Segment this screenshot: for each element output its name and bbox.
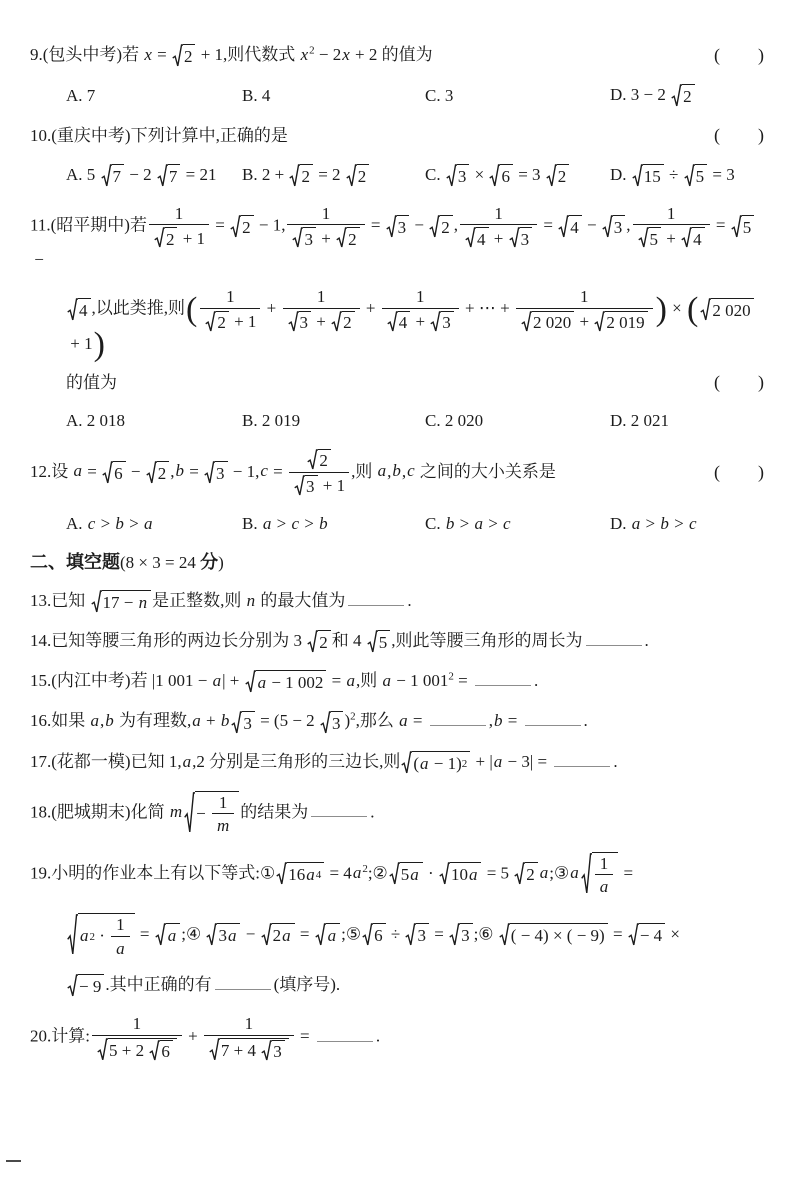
text-run: . [584, 711, 588, 730]
numerator: 1 [112, 915, 129, 936]
text-run: ;② [368, 863, 388, 882]
radical-sign-icon [261, 1040, 272, 1062]
text-run: 16.如果 [30, 711, 90, 730]
denominator: 3 + 1 [289, 472, 349, 497]
text-run: 之间的大小关系是 [416, 461, 556, 480]
sqrt-radical: 3a [206, 923, 240, 947]
radicand: 3 [520, 227, 533, 249]
radical-sign-icon [205, 311, 216, 333]
radical-sign-icon [320, 711, 331, 735]
text-run: A. [66, 514, 87, 533]
radicand: 2 [347, 227, 360, 249]
sqrt-radical: 2 [172, 44, 196, 68]
text-run: − [30, 250, 44, 269]
question-19-line3: − 9.其中正确的有(填序号). [30, 974, 764, 998]
sqrt-radical: 3 [405, 923, 429, 947]
radicand: (a − 1)2 [412, 751, 470, 775]
text-run: a [419, 753, 430, 775]
text-run: = [539, 215, 557, 234]
sqrt-radical: 4 [681, 227, 705, 249]
denominator: 2 + 1 [149, 224, 209, 249]
sqrt-radical: 2 [230, 215, 254, 239]
radical-sign-icon [315, 923, 326, 947]
text-run: B. 2 + [242, 165, 288, 184]
text-run: − 2 [315, 45, 342, 64]
text-run: 2 [217, 313, 226, 333]
radical-sign-icon [91, 590, 102, 614]
sqrt-radical: 7 [157, 164, 181, 188]
radical-sign-icon [581, 852, 592, 897]
text-run: > [670, 514, 688, 533]
radical-sign-icon [184, 791, 195, 836]
text-run: 10.(重庆中考)下列计算中,正确的是 [30, 126, 288, 145]
sqrt-radical: 6 [149, 1040, 173, 1062]
text-run: c [87, 514, 97, 533]
text-run: > [125, 514, 143, 533]
text-run: 3 [304, 230, 313, 250]
text-run: 4 [399, 313, 408, 333]
sqrt-radical: 10a [439, 862, 482, 886]
answer-blank [348, 592, 404, 606]
section-header-fill-in: 二、填空题(8 × 3 = 24 分) [30, 551, 764, 574]
section-header-fill-in-text: 二、填空题(8 × 3 = 24 分) [30, 553, 224, 572]
radicand: 2 [557, 164, 570, 188]
question-14-text: 14.已知等腰三角形的两边长分别为 3 2和 4 5,则此等腰三角形的周长为. [30, 630, 764, 654]
text-run: − 4 [640, 925, 662, 947]
sqrt-radical: 4 [558, 215, 582, 239]
question-11-stem-line2-text: 4,以此类推,则(12 + 1 + 13 + 2 + 14 + 3 + ⋯ + … [66, 287, 764, 355]
question-11-options-option-c: C. 2 020 [425, 410, 610, 432]
text-run: 6 [501, 166, 510, 188]
radicand: 2 [357, 164, 370, 188]
radical-sign-icon [429, 215, 440, 239]
radicand: 5a [400, 862, 423, 886]
text-run: 2 [242, 217, 251, 239]
text-run: ;⑥ [474, 924, 498, 943]
text-run: − 2 [125, 165, 156, 184]
sqrt-radical: 2 [205, 311, 229, 333]
radicand: ( − 4) × ( − 9) [510, 923, 608, 947]
text-run: = 5 [482, 863, 513, 882]
sqrt-radical: 2 [289, 164, 313, 188]
page-footer-dash [6, 1160, 21, 1163]
answer-parentheses: () [714, 461, 764, 484]
radicand: − 4 [639, 923, 665, 947]
text-run: , [454, 215, 458, 234]
fraction: 12 + 1 [200, 287, 260, 333]
radical-sign-icon [449, 923, 460, 947]
text-run: 2 [558, 166, 567, 188]
radicand: 2 [682, 84, 695, 108]
sqrt-radical: 3 [430, 311, 454, 333]
sqrt-radical: 6 [102, 461, 126, 485]
text-run: 6 [161, 1042, 170, 1062]
radicand: 7 [168, 164, 181, 188]
text-run: 的结果为 [240, 802, 308, 821]
text-run: 1 [580, 287, 589, 307]
radicand: 1a [592, 852, 619, 897]
radical-sign-icon [499, 923, 510, 947]
text-run: 3 [243, 713, 252, 735]
numerator: 1 [129, 1014, 146, 1035]
radicand: 3 [416, 923, 429, 947]
question-19-line2-text: a2 · 1a = a;④ 3a − 2a = a;⑤6 ÷ 3 = 3;⑥ (… [66, 913, 764, 958]
sqrt-radical: 2 [336, 227, 360, 249]
radical-sign-icon [289, 164, 300, 188]
radicand: 5 [378, 630, 391, 654]
question-11-stem-line1-text: 11.(昭平期中)若12 + 1 = 2 − 1,13 + 2 = 3 − 2,… [30, 204, 764, 272]
fraction: 12 020 + 2 019 [516, 287, 653, 333]
sqrt-radical: 3 [261, 1040, 285, 1062]
text-run: m [169, 802, 183, 821]
fraction: 15 + 4 [633, 204, 710, 250]
radical-sign-icon [67, 298, 78, 322]
radical-sign-icon [146, 461, 157, 485]
radicand: 3 [460, 923, 473, 947]
text-run: 4 [693, 230, 702, 250]
radicand: 5 [649, 227, 662, 249]
denominator: a [595, 874, 614, 897]
text-run: ,则 [351, 461, 377, 480]
numerator: 1 [663, 204, 680, 225]
denominator: 4 + 3 [382, 308, 459, 333]
numerator: 1 [318, 204, 335, 225]
text-run: a [212, 671, 223, 690]
sqrt-radical: 3 [288, 311, 312, 333]
radicand: 17 − n [102, 590, 152, 614]
sqrt-radical: 15 [632, 164, 664, 188]
text-run: 2 [441, 217, 450, 239]
fraction: 1a [111, 915, 130, 958]
text-run: = [296, 1027, 314, 1046]
radical-sign-icon [681, 227, 692, 249]
sqrt-radical: 2 020 [521, 311, 574, 333]
radical-sign-icon [346, 164, 357, 188]
text-run: C. [425, 165, 445, 184]
paren-open: ( [714, 44, 720, 67]
text-run: a [352, 863, 363, 882]
text-run: = (5 − 2 [256, 711, 319, 730]
radical-sign-icon [231, 711, 242, 735]
text-run: + [202, 711, 220, 730]
text-run: 3 [458, 166, 467, 188]
text-run: 1 [245, 1014, 254, 1034]
text-run: x [341, 45, 351, 64]
fraction: 15 + 2 6 [92, 1014, 182, 1062]
radicand: 5 [742, 215, 755, 239]
sqrt-radical: 5 + 2 6 [97, 1038, 177, 1062]
denominator: a [111, 936, 130, 959]
fraction: 17 + 4 3 [204, 1014, 294, 1062]
numerator: 1 [215, 793, 232, 814]
radical-sign-icon [386, 215, 397, 239]
text-run: = [296, 924, 314, 943]
text-run: 3 [461, 925, 470, 947]
text-run: . [613, 752, 617, 771]
question-11-options-option-b: B. 2 019 [242, 410, 425, 432]
text-run: 3 [216, 463, 225, 485]
question-12-options-option-a: A. c > b > a [66, 513, 242, 535]
radical-sign-icon [230, 215, 241, 239]
answer-blank [475, 672, 531, 686]
text-run: 1 [317, 287, 326, 307]
denominator: 2 020 + 2 019 [516, 308, 653, 333]
sqrt-radical: 2 [514, 862, 538, 886]
text-run: = 4 [325, 863, 352, 882]
radical-sign-icon [558, 215, 569, 239]
radical-sign-icon [430, 311, 441, 333]
text-run: 15.(内江中考)若 |1 001 − [30, 671, 212, 690]
radical-sign-icon [731, 215, 742, 239]
text-run: · [424, 863, 438, 882]
radicand: 3 [215, 461, 228, 485]
radical-sign-icon [307, 630, 318, 654]
text-run: 7 [113, 166, 122, 188]
text-run: 3 [306, 477, 315, 497]
text-run: D. [610, 514, 631, 533]
text-run: = 3 [514, 165, 545, 184]
question-14: 14.已知等腰三角形的两边长分别为 3 2和 4 5,则此等腰三角形的周长为. [30, 630, 764, 654]
text-run: c [290, 514, 300, 533]
radicand: 4 [692, 227, 705, 249]
text-run: a [262, 514, 273, 533]
text-run: + [262, 299, 280, 318]
radicand: 7 + 4 3 [220, 1038, 289, 1062]
text-run: 9.(包头中考)若 [30, 45, 143, 64]
text-run: × [668, 299, 686, 318]
radical-sign-icon [172, 44, 183, 68]
radical-sign-icon [155, 923, 166, 947]
text-run: ,2 分别是三角形的三边长,则 [192, 752, 400, 771]
sqrt-radical: − 9 [67, 974, 104, 998]
answer-blank [317, 1028, 373, 1042]
text-run: + 1 [66, 334, 93, 353]
question-13-text: 13.已知 17 − n是正整数,则 n 的最大值为. [30, 590, 764, 614]
answer-parentheses: () [714, 44, 764, 67]
radicand: 5 [695, 164, 708, 188]
big-paren: ( [686, 291, 699, 328]
text-run: = [619, 863, 633, 882]
question-10-options-option-d: D. 15 ÷ 5 = 3 [610, 164, 764, 188]
text-run: 1 [322, 204, 331, 224]
text-run: + 2 的值为 [351, 45, 433, 64]
question-20: 20.计算:15 + 2 6 + 17 + 4 3 = . [30, 1014, 764, 1062]
text-run: 13.已知 [30, 591, 90, 610]
text-run: 2 [358, 166, 367, 188]
question-9-options-option-c: C. 3 [425, 85, 610, 107]
question-12-options-option-b: B. a > c > b [242, 513, 425, 535]
text-run: 1 [226, 287, 235, 307]
question-11-options-option-d: D. 2 021 [610, 410, 764, 432]
sqrt-radical: − 1m [184, 791, 239, 836]
text-run: 3 [417, 925, 426, 947]
text-run: 2 020 [712, 300, 750, 322]
text-run: 1 [175, 204, 184, 224]
radical-sign-icon [294, 475, 305, 497]
text-run: 2 [683, 86, 692, 108]
sqrt-radical: 6 [489, 164, 513, 188]
text-run: − 1, [255, 215, 286, 234]
text-run: b [318, 514, 329, 533]
numerator: 1 [576, 287, 593, 308]
text-run: . [645, 631, 649, 650]
text-run: = [153, 45, 171, 64]
question-9-options: A. 7B. 4C. 3D. 3 − 2 2 [30, 84, 764, 108]
sqrt-radical: 7 + 4 3 [209, 1038, 289, 1062]
text-run: a [599, 877, 610, 897]
text-run: 的值为 [66, 373, 117, 392]
text-run: − [583, 215, 601, 234]
text-run: 5 [650, 230, 659, 250]
radical-sign-icon [336, 227, 347, 249]
fraction: 23 + 1 [289, 449, 349, 497]
text-run: m [216, 816, 230, 836]
text-run: D. 3 − 2 [610, 85, 670, 104]
text-run: b [104, 711, 115, 730]
text-run: 3 [332, 713, 341, 735]
text-run: a [346, 671, 357, 690]
radicand: 3 [331, 711, 344, 735]
sqrt-radical: 3 [446, 164, 470, 188]
text-run: = [185, 461, 203, 480]
text-run: + [411, 312, 429, 332]
text-run: 1 [133, 1014, 142, 1034]
text-run: = [269, 461, 287, 480]
text-run: C. 3 [425, 86, 453, 105]
text-run: 6 [374, 925, 383, 947]
text-run: × [666, 924, 680, 943]
sqrt-radical: 2 019 [594, 311, 647, 333]
text-run: 10 [451, 864, 468, 886]
radicand: 4 [476, 227, 489, 249]
question-9-stem: 9.(包头中考)若 x = 2 + 1,则代数式 x2 − 2x + 2 的值为… [30, 44, 764, 68]
text-run: − 1) [430, 753, 462, 775]
question-18-text: 18.(肥城期末)化简 m− 1m的结果为. [30, 791, 764, 836]
text-run: a [73, 461, 84, 480]
sqrt-radical: 5a [389, 862, 423, 886]
text-run: 为有理数, [115, 711, 192, 730]
question-19-line3-text: − 9.其中正确的有(填序号). [66, 974, 764, 998]
question-10-options: A. 5 7 − 2 7 = 21B. 2 + 2 = 2 2C. 3 × 6 … [30, 164, 764, 188]
text-run: 是正整数,则 [152, 591, 246, 610]
question-10-options-option-b: B. 2 + 2 = 2 2 [242, 164, 425, 188]
radical-sign-icon [602, 215, 613, 239]
radical-sign-icon [638, 227, 649, 249]
paren-close: ) [758, 371, 764, 394]
text-run: C. 2 020 [425, 411, 483, 430]
text-run: 3 [300, 313, 309, 333]
text-run: a [79, 925, 90, 947]
text-run: a [327, 925, 338, 947]
text-run: + | [471, 752, 493, 771]
text-run: 2 [319, 632, 328, 654]
text-run: 4 [477, 230, 486, 250]
radicand: 4 [398, 311, 411, 333]
sqrt-radical: 2a [261, 923, 295, 947]
radical-sign-icon [204, 461, 215, 485]
numerator: 1 [241, 1014, 258, 1035]
paren-open: ( [714, 124, 720, 147]
text-run: a [468, 864, 479, 886]
radical-sign-icon [97, 1038, 108, 1062]
text-run: − [241, 924, 259, 943]
text-run: = [136, 924, 154, 943]
text-run: x [300, 45, 310, 64]
sqrt-radical: 2 [146, 461, 170, 485]
question-15: 15.(内江中考)若 |1 001 − a| + a − 1 002 = a,则… [30, 670, 764, 694]
text-run: 3 [614, 217, 623, 239]
radicand: 3 [441, 311, 454, 333]
question-12-stem-text: 12.设 a = 6 − 2,b = 3 − 1,c = 23 + 1,则 a,… [30, 449, 706, 497]
sqrt-radical: 2 [546, 164, 570, 188]
question-19-line1: 19.小明的作业本上有以下等式:①16a4 = 4a2;②5a · 10a = … [30, 852, 764, 897]
text-run: 2 [158, 463, 167, 485]
sqrt-radical: 5 [731, 215, 755, 239]
radical-sign-icon [401, 751, 412, 775]
answer-blank [430, 712, 486, 726]
radicand: 2 019 [605, 311, 647, 333]
radical-sign-icon [405, 923, 416, 947]
sqrt-radical: 7 [101, 164, 125, 188]
radicand: 6 [160, 1040, 173, 1062]
text-run: B. [242, 514, 262, 533]
sqrt-radical: ( − 4) × ( − 9) [499, 923, 608, 947]
radicand: a [166, 923, 181, 947]
text-run: ;④ [181, 924, 205, 943]
answer-blank [554, 753, 610, 767]
answer-blank [215, 976, 271, 990]
text-run: a [281, 925, 292, 947]
sqrt-radical: 16a4 [276, 862, 324, 886]
radicand: 2a [272, 923, 295, 947]
sqrt-radical: 6 [362, 923, 386, 947]
sqrt-radical: 3 [449, 923, 473, 947]
question-16: 16.如果 a,b 为有理数,a + b3 = (5 − 2 3)2,那么 a … [30, 710, 764, 734]
text-run: a [182, 752, 193, 771]
text-run: a [493, 752, 504, 771]
text-run: 19.小明的作业本上有以下等式:① [30, 863, 275, 882]
radicand: 2 [318, 630, 331, 654]
question-9-options-option-d: D. 3 − 2 2 [610, 84, 764, 108]
text-run: + [184, 1027, 202, 1046]
text-run: 5 [401, 864, 410, 886]
text-run: A. 5 [66, 165, 100, 184]
radical-sign-icon [439, 862, 450, 886]
question-10-stem-text: 10.(重庆中考)下列计算中,正确的是 [30, 125, 706, 147]
radical-sign-icon [149, 1040, 160, 1062]
text-run: 2 [319, 451, 328, 471]
question-12-options-option-d: D. a > b > c [610, 513, 764, 535]
text-run: > [272, 514, 290, 533]
text-run: 4 [570, 217, 579, 239]
radical-sign-icon [102, 461, 113, 485]
text-run: c [688, 514, 698, 533]
text-run: 分 [200, 552, 218, 572]
text-run: a [409, 864, 420, 886]
denominator: 3 + 2 [283, 308, 360, 333]
radicand: 7 [112, 164, 125, 188]
sqrt-radical: 2 [154, 227, 178, 249]
radical-sign-icon [684, 164, 695, 188]
paren-close: ) [758, 461, 764, 484]
question-11-options: A. 2 018B. 2 019C. 2 020D. 2 021 [30, 410, 764, 432]
radical-sign-icon [67, 974, 78, 998]
radicand: 2 [300, 164, 313, 188]
text-run: 2 [166, 230, 175, 250]
text-run: − 1 001 [392, 671, 448, 690]
text-run: = [430, 924, 448, 943]
question-12-options: A. c > b > aB. a > c > bC. b > a > cD. a… [30, 513, 764, 535]
